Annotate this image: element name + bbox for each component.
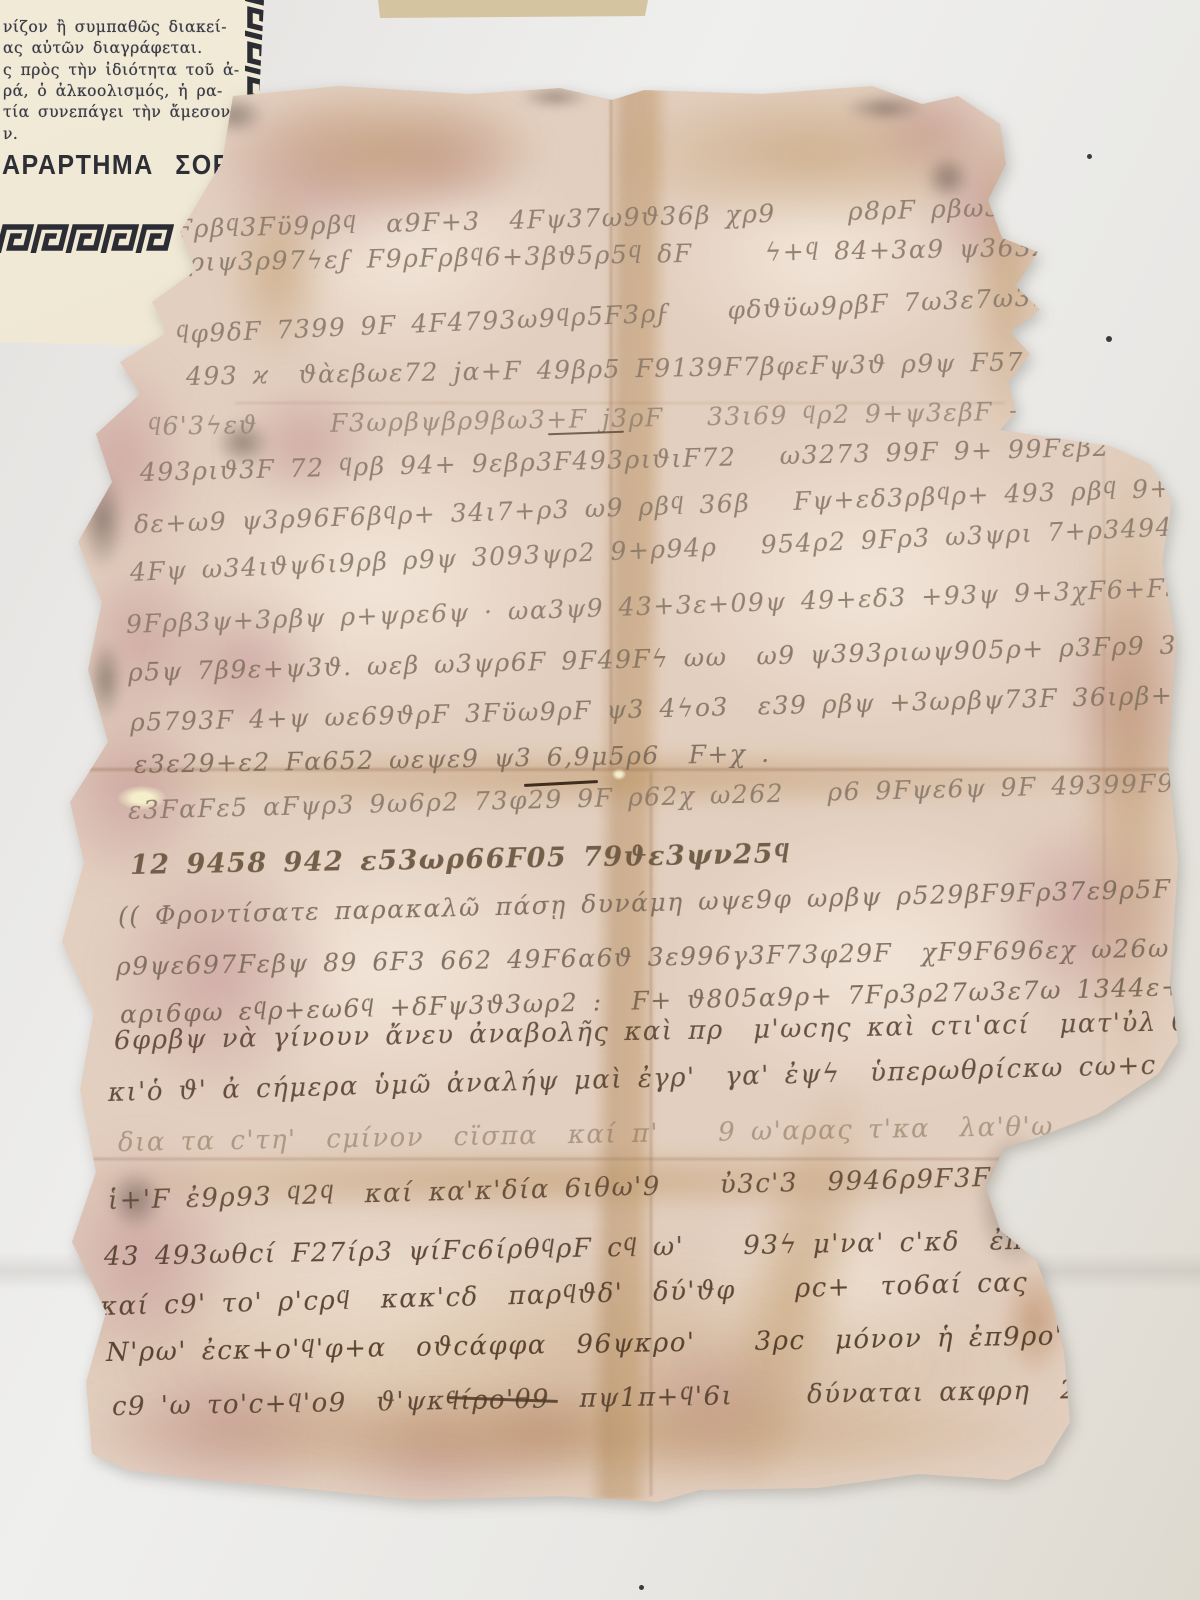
handwriting-line: 12 9458 942 ε53ωρ66Ϝ05 79ϑε3ψν25ϥ	[130, 838, 791, 881]
photo-scene: νίζον ἢ συμπαθῶς διακεί- ας αὐτῶν διαγρά…	[0, 0, 1200, 1600]
stain-smudge	[520, 86, 590, 108]
manuscript-paper: ἐϜρβϥ3Ϝϋ9ρβϥ α9Ϝ+3 4Ϝψ37ω9ϑ36β χρ9 ρ8ρϜ …	[0, 0, 1200, 1600]
stain-smudge	[845, 95, 925, 121]
stain-smudge	[80, 470, 125, 570]
stain-blotch	[1060, 1160, 1180, 1360]
stain-smudge	[88, 640, 123, 720]
stain-tape	[970, 115, 1045, 445]
fold-crease	[78, 1158, 1013, 1160]
stain-smudge	[205, 95, 265, 135]
manuscript-paper-surface: ἐϜρβϥ3Ϝϋ9ρβϥ α9Ϝ+3 4Ϝψ37ω9ϑ36β χρ9 ρ8ρϜ …	[0, 0, 1200, 1600]
